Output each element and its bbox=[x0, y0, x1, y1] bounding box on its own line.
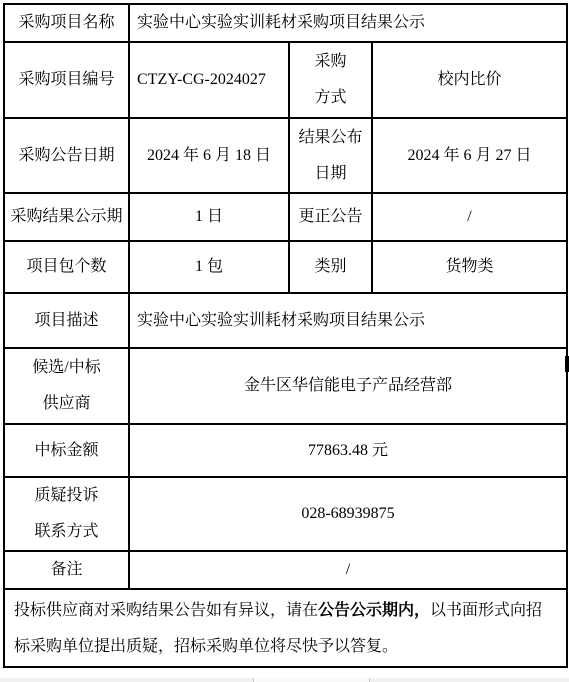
right-edge-mark bbox=[565, 356, 569, 372]
publicity-period-label: 采购结果公示期 bbox=[4, 193, 129, 241]
table-row: 采购项目名称 实验中心实验实训耗材采购项目结果公示 bbox=[4, 4, 567, 42]
remarks-value: / bbox=[129, 551, 567, 589]
remarks-label: 备注 bbox=[4, 551, 129, 589]
result-publish-date-value: 2024 年 6 月 27 日 bbox=[372, 118, 567, 193]
category-label: 类别 bbox=[289, 241, 372, 293]
scrollbar-thumb[interactable] bbox=[253, 678, 370, 682]
objection-notice-bold: 公告公示期内， bbox=[318, 602, 430, 619]
category-value: 货物类 bbox=[372, 241, 567, 293]
table-row: 项目描述 实验中心实验实训耗材采购项目结果公示 bbox=[4, 293, 567, 348]
project-name-label: 采购项目名称 bbox=[4, 4, 129, 42]
correction-notice-label: 更正公告 bbox=[289, 193, 372, 241]
table-row: 采购结果公示期 1 日 更正公告 / bbox=[4, 193, 567, 241]
correction-notice-value: / bbox=[372, 193, 567, 241]
table-row: 质疑投诉 联系方式 028-68939875 bbox=[4, 477, 567, 551]
winning-amount-value: 77863.48 元 bbox=[129, 424, 567, 477]
table-row: 采购公告日期 2024 年 6 月 18 日 结果公布 日期 2024 年 6 … bbox=[4, 118, 567, 193]
project-number-label: 采购项目编号 bbox=[4, 42, 129, 118]
winning-supplier-value: 金牛区华信能电子产品经营部 bbox=[129, 348, 567, 424]
announcement-date-label: 采购公告日期 bbox=[4, 118, 129, 193]
horizontal-scrollbar[interactable] bbox=[0, 678, 569, 682]
table-row: 备注 / bbox=[4, 551, 567, 589]
project-name-value: 实验中心实验实训耗材采购项目结果公示 bbox=[129, 4, 567, 42]
table-row: 采购项目编号 CTZY-CG-2024027 采购 方式 校内比价 bbox=[4, 42, 567, 118]
table-row: 投标供应商对采购结果公告如有异议，请在公告公示期内，以书面形式向招标采购单位提出… bbox=[4, 589, 567, 667]
winning-supplier-label: 候选/中标 供应商 bbox=[4, 348, 129, 424]
objection-notice-text: 投标供应商对采购结果公告如有异议，请在公告公示期内，以书面形式向招标采购单位提出… bbox=[4, 589, 567, 667]
complaint-contact-value: 028-68939875 bbox=[129, 477, 567, 551]
publicity-period-value: 1 日 bbox=[129, 193, 289, 241]
package-count-value: 1 包 bbox=[129, 241, 289, 293]
table-row: 中标金额 77863.48 元 bbox=[4, 424, 567, 477]
complaint-contact-label: 质疑投诉 联系方式 bbox=[4, 477, 129, 551]
project-description-label: 项目描述 bbox=[4, 293, 129, 348]
package-count-label: 项目包个数 bbox=[4, 241, 129, 293]
announcement-date-value: 2024 年 6 月 18 日 bbox=[129, 118, 289, 193]
winning-amount-label: 中标金额 bbox=[4, 424, 129, 477]
objection-notice-pre: 投标供应商对采购结果公告如有异议，请在 bbox=[14, 602, 318, 619]
result-publish-date-label: 结果公布 日期 bbox=[289, 118, 372, 193]
project-number-value: CTZY-CG-2024027 bbox=[129, 42, 289, 118]
table-row: 项目包个数 1 包 类别 货物类 bbox=[4, 241, 567, 293]
procurement-method-value: 校内比价 bbox=[372, 42, 567, 118]
procurement-announcement-page: 采购项目名称 实验中心实验实训耗材采购项目结果公示 采购项目编号 CTZY-CG… bbox=[0, 0, 569, 682]
project-description-value: 实验中心实验实训耗材采购项目结果公示 bbox=[129, 293, 567, 348]
procurement-method-label: 采购 方式 bbox=[289, 42, 372, 118]
table-row: 候选/中标 供应商 金牛区华信能电子产品经营部 bbox=[4, 348, 567, 424]
procurement-result-table: 采购项目名称 实验中心实验实训耗材采购项目结果公示 采购项目编号 CTZY-CG… bbox=[3, 3, 568, 668]
